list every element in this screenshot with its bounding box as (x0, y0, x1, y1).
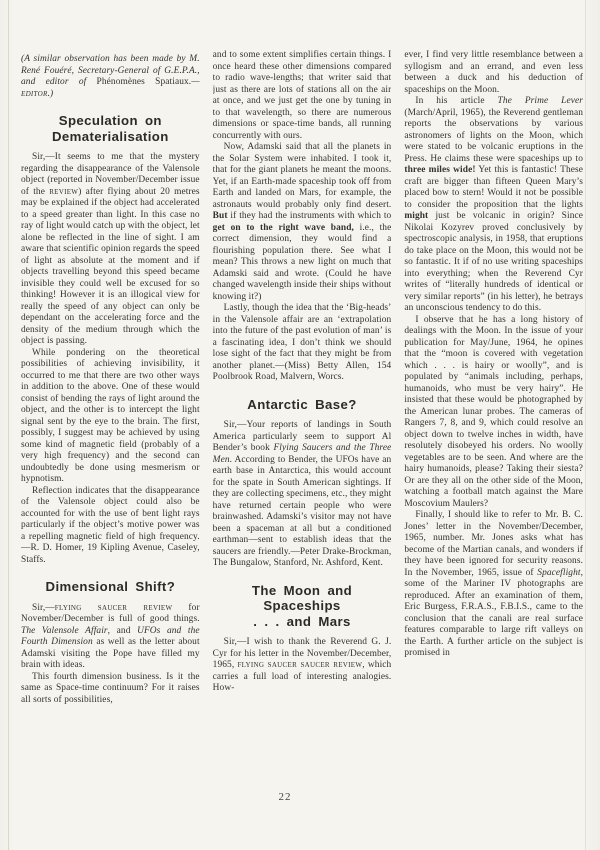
text-columns: (A similar observation has been made by … (21, 50, 583, 795)
magazine-page: (A similar observation has been made by … (0, 0, 600, 850)
text-segment: But (213, 211, 228, 221)
page-left-edge (8, 0, 9, 850)
letter-paragraph: Lastly, though the idea that the ‘Big-he… (213, 303, 392, 384)
text-segment: get on to the right wave band, (213, 223, 354, 233)
editor-note: (A similar observation has been made by … (21, 54, 200, 100)
text-segment: This fourth dimension business. Is it th… (21, 672, 200, 705)
text-segment: flying saucer review (55, 603, 173, 613)
letter-paragraph: ever, I find very little resemblance bet… (404, 50, 583, 96)
text-segment: editor (21, 89, 48, 99)
letter-paragraph: In his article The Prime Lever (March/Ap… (404, 96, 583, 315)
letter-paragraph: Sir,—It seems to me that the mystery reg… (21, 152, 200, 348)
text-segment: ) after flying about 20 metres may be ex… (21, 187, 200, 347)
section-heading: Antarctic Base? (213, 397, 392, 413)
text-segment: The Prime Lever (498, 96, 583, 106)
text-segment: .) (48, 89, 54, 99)
section-heading: The Moon and Spaceships. . . and Mars (213, 583, 392, 630)
text-segment: Now, Adamski said that all the planets i… (213, 142, 392, 210)
column-2: and to some extent simplifies certain th… (213, 50, 392, 795)
letter-paragraph: Finally, I should like to refer to Mr. B… (404, 510, 583, 660)
text-segment: . According to Bender, the UFOs have an … (213, 455, 392, 569)
text-segment: Phénomènes Spatiaux. (97, 77, 192, 87)
text-segment: review (49, 187, 78, 197)
letter-paragraph: Sir,—flying saucer review for November/D… (21, 603, 200, 672)
text-segment: and to some extent simplifies certain th… (213, 50, 392, 141)
letter-paragraph: This fourth dimension business. Is it th… (21, 672, 200, 707)
text-segment: if they had the instruments with which t… (228, 211, 392, 221)
text-segment: Lastly, though the idea that the ‘Big-he… (213, 303, 392, 382)
section-heading: Speculation onDematerialisation (21, 113, 200, 144)
letter-paragraph: I observe that he has a long history of … (404, 315, 583, 511)
text-segment: I observe that he has a long history of … (404, 315, 583, 509)
letter-paragraph: Reflection indicates that the disappeara… (21, 486, 200, 567)
text-segment: Reflection indicates that the disappeara… (21, 486, 200, 565)
text-segment: — (191, 77, 199, 87)
page-right-edge (585, 0, 586, 850)
column-3: ever, I find very little resemblance bet… (404, 50, 583, 795)
text-segment: The Valensole Affair (21, 626, 108, 636)
letter-paragraph: Sir,—Your reports of landings in South A… (213, 420, 392, 570)
text-segment: might (404, 211, 428, 221)
text-segment: (March/April, 1965), the Reverend gentle… (404, 108, 583, 164)
text-segment: three miles wide! (404, 165, 475, 175)
text-segment: Sir,— (32, 603, 55, 613)
text-segment: , and (108, 626, 137, 636)
text-segment: Spaceflight (537, 568, 580, 578)
text-segment: While pondering on the theoretical possi… (21, 348, 200, 485)
section-heading: Dimensional Shift? (21, 579, 200, 595)
text-segment: just be volcanic in origin? Since Nikola… (404, 211, 583, 313)
text-segment: In his article (415, 96, 497, 106)
text-segment: , some of the Mariner IV photographs are… (404, 568, 583, 659)
letter-paragraph: and to some extent simplifies certain th… (213, 50, 392, 142)
text-segment: flying saucer saucer review (237, 660, 362, 670)
letter-paragraph: Now, Adamski said that all the planets i… (213, 142, 392, 303)
column-1: (A similar observation has been made by … (21, 50, 200, 795)
letter-paragraph: While pondering on the theoretical possi… (21, 348, 200, 486)
text-segment: i.e., the correct dimension, they would … (213, 223, 392, 302)
letter-paragraph: Sir,—I wish to thank the Reverend G. J. … (213, 637, 392, 695)
text-segment: ever, I find very little resemblance bet… (404, 50, 583, 95)
page-number: 22 (0, 791, 570, 803)
